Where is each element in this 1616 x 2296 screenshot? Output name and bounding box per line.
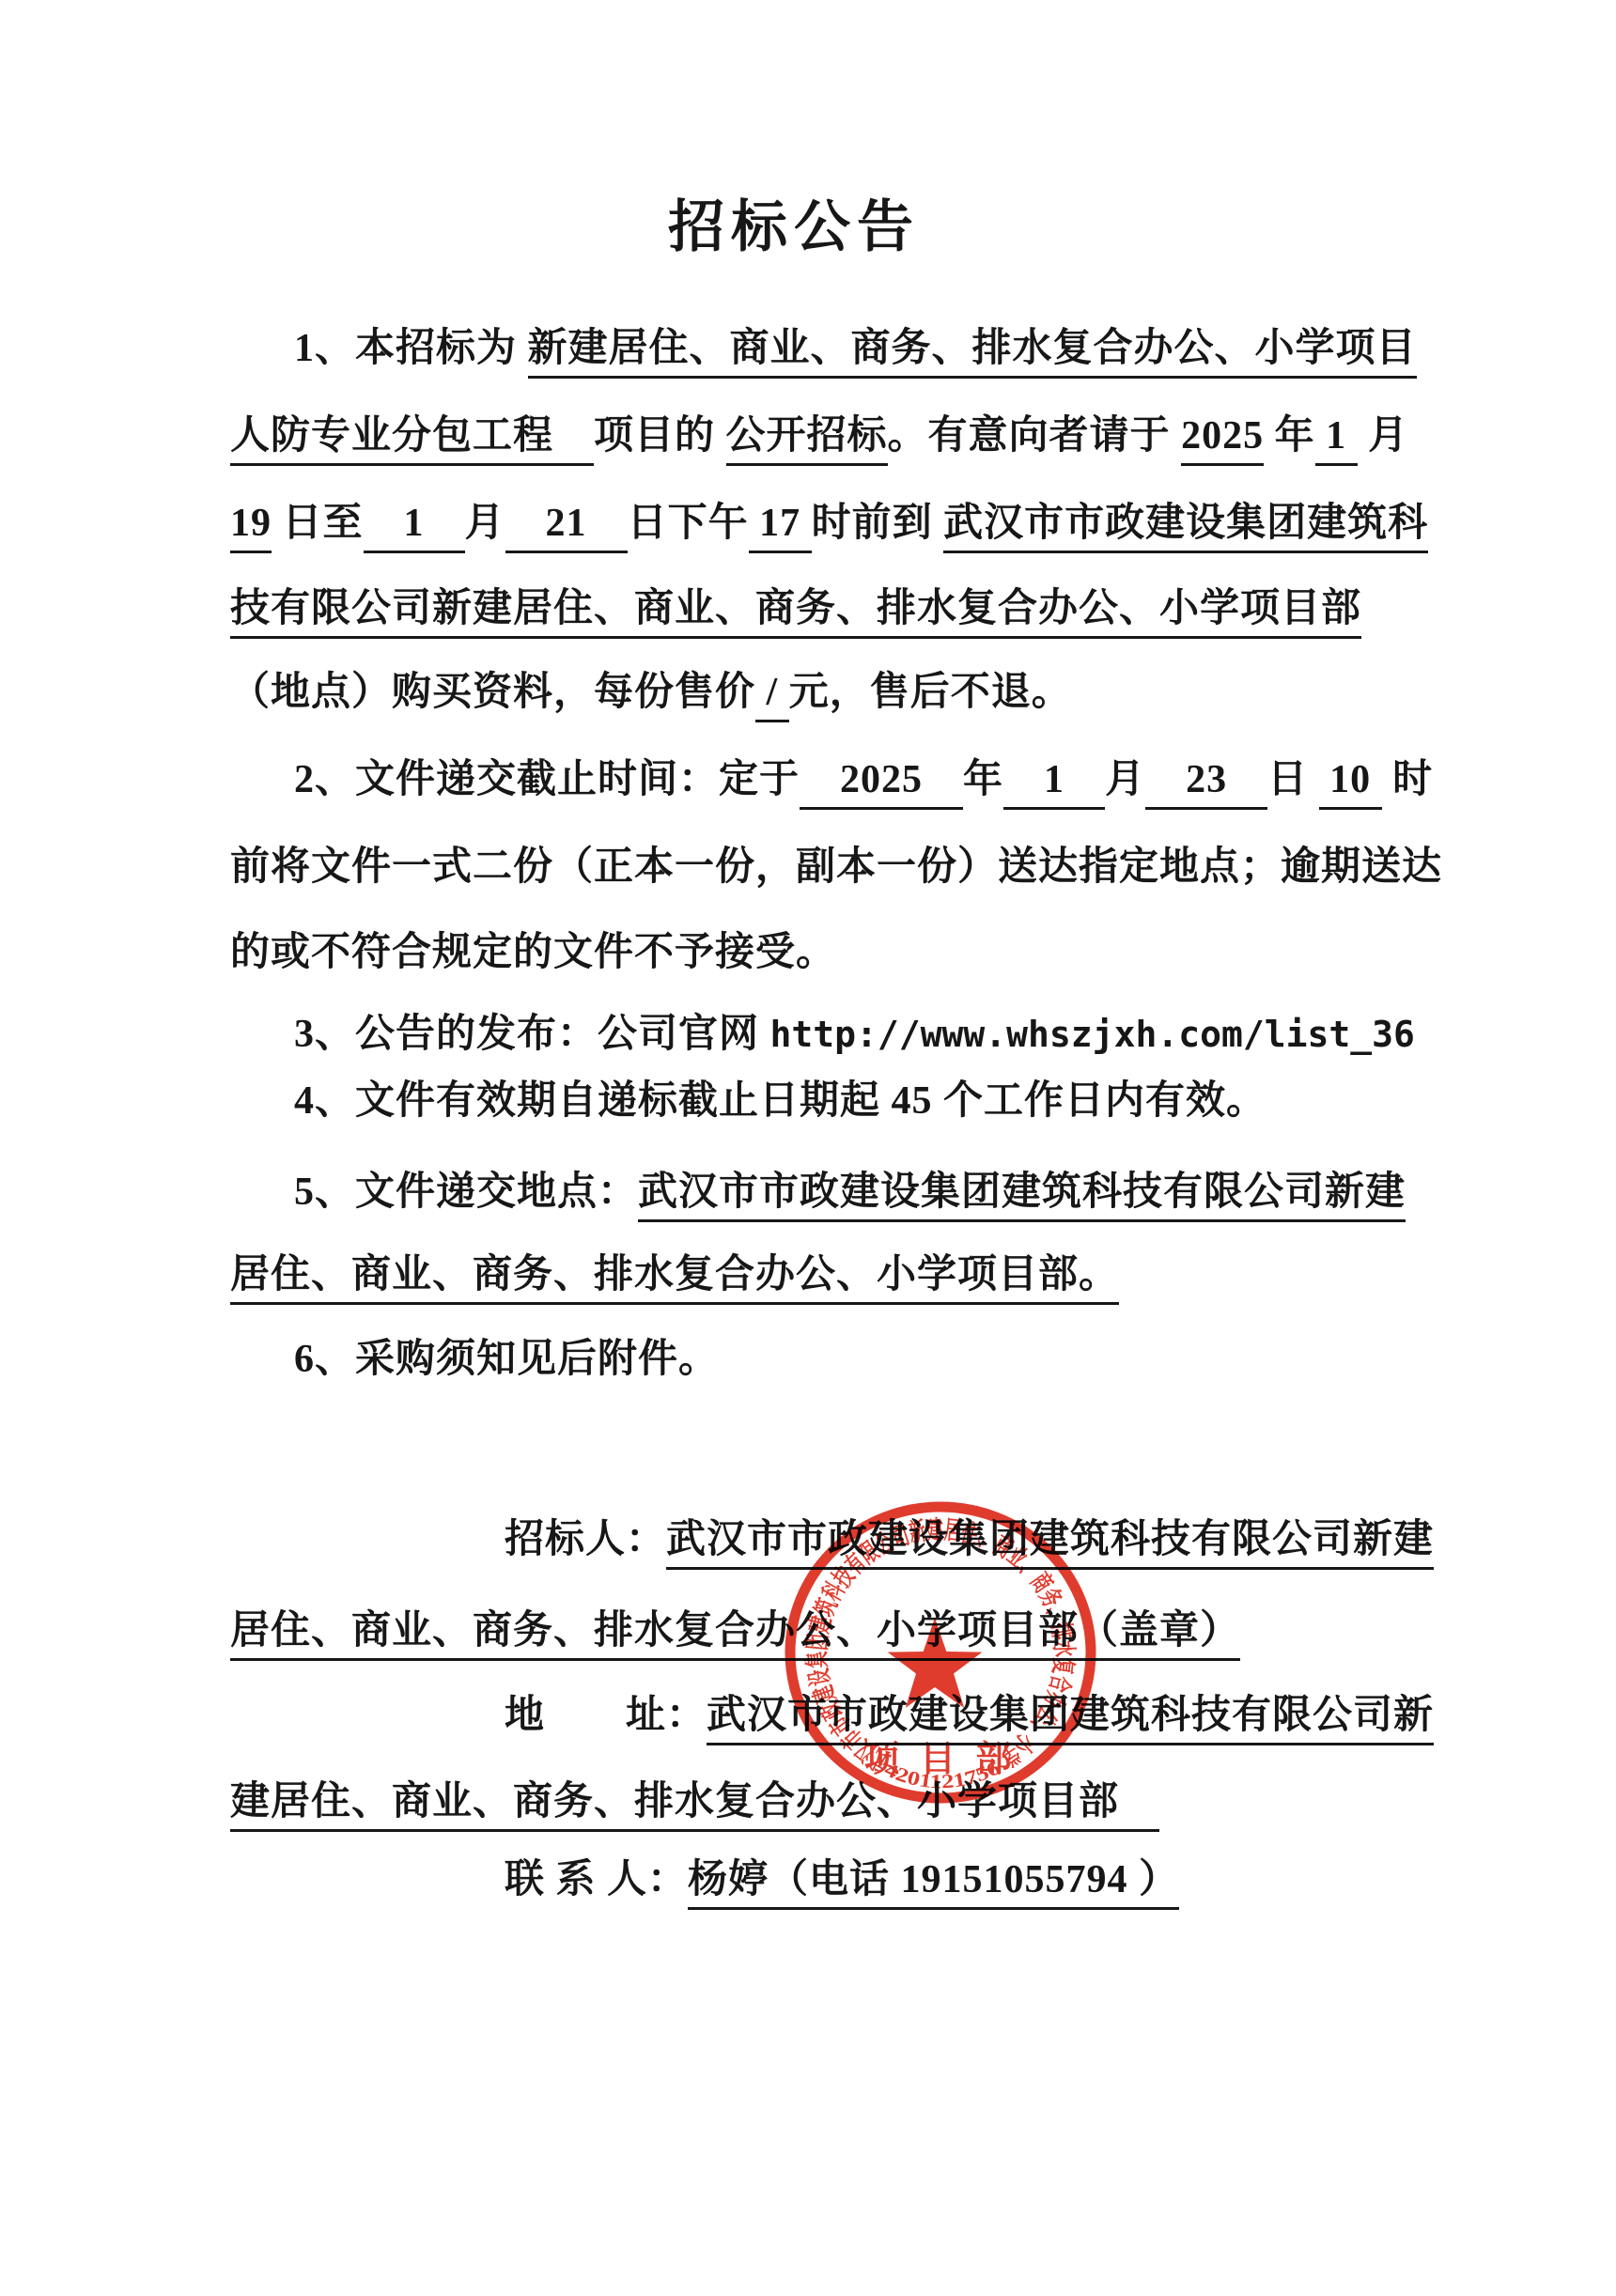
blank-filled-price: / — [755, 671, 789, 722]
seal-star-icon — [888, 1618, 983, 1708]
official-website-url: http://www.whszjxh.com/list_36 — [770, 1014, 1415, 1055]
p2-line3: 的或不符合规定的文件不予接受。 — [230, 930, 836, 975]
text-segment: 的或不符合规定的文件不予接受。 — [230, 931, 836, 974]
text-segment: 年 — [1264, 414, 1315, 458]
blank-filled-company: 武汉市市政建设集团建筑科 — [943, 502, 1428, 553]
p6-line1: 6、采购须知见后附件。 — [294, 1337, 719, 1382]
blank-filled-day2: 21 — [505, 502, 628, 553]
contact-label: 联 系 人： — [505, 1858, 688, 1901]
p5-line2: 居住、商业、商务、排水复合办公、小学项目部。 — [230, 1252, 1119, 1297]
text-segment: 日 — [1267, 758, 1319, 801]
scanned-document-page: 招标公告 1、本招标为 新建居住、商业、商务、排水复合办公、小学项目 人防专业分… — [0, 0, 1616, 2296]
p4-line1: 4、文件有效期自递标截止日期起 45 个工作日内有效。 — [294, 1078, 1266, 1124]
blank-filled-deadline-year: 2025 — [800, 758, 963, 810]
text-segment: 4、文件有效期自递标截止日期起 45 个工作日内有效。 — [294, 1079, 1266, 1123]
blank-filled-month: 1 — [1315, 414, 1358, 466]
text-segment: 2、文件递交截止时间：定于 — [294, 758, 800, 801]
blank-filled-delivery-place-cont: 居住、商业、商务、排水复合办公、小学项目部。 — [230, 1253, 1119, 1305]
address-label: 地 址： — [505, 1694, 707, 1737]
p1-line4: 技有限公司新建居住、商业、商务、排水复合办公、小学项目部 — [230, 586, 1361, 631]
official-seal: 武汉市市政建设集团建筑科技有限公司新建居住、商业、商务、排水复合办公、小学 项 … — [783, 1499, 1102, 1813]
p1-line5: （地点）购买资料，每份售价 / 元，售后不退。 — [230, 670, 1072, 715]
text-segment: 日至 — [272, 502, 364, 545]
text-segment: 年 — [963, 758, 1003, 801]
text-segment: 时前到 — [812, 502, 944, 545]
blank-filled-deadline-hour: 10 — [1319, 758, 1382, 810]
p2-line1: 2、文件递交截止时间：定于 2025 年 1 月 23 日 10 时 — [294, 757, 1433, 802]
text-segment: 月 — [1105, 758, 1145, 801]
p3-line1: 3、公告的发布：公司官网 http://www.whszjxh.com/list… — [294, 1012, 1415, 1057]
text-segment: （地点）购买资料，每份售价 — [230, 671, 755, 714]
text-segment: 6、采购须知见后附件。 — [294, 1338, 719, 1381]
blank-filled-day: 19 — [230, 502, 272, 553]
blank-filled-project-name-cont: 人防专业分包工程 — [230, 414, 594, 466]
p2-line2: 前将文件一式二份（正本一份，副本一份）送达指定地点；逾期送达 — [230, 845, 1442, 890]
text-segment: 。有意向者请于 — [888, 414, 1182, 458]
blank-filled-year: 2025 — [1181, 414, 1264, 466]
text-segment: 前将文件一式二份（正本一份，副本一份）送达指定地点；逾期送达 — [230, 845, 1442, 889]
blank-filled-hour: 17 — [749, 502, 812, 553]
text-segment: 3、公告的发布：公司官网 — [294, 1013, 770, 1056]
tenderer-label: 招标人： — [505, 1518, 666, 1561]
blank-filled-contact: 杨婷（电话 19151055794 ） — [688, 1858, 1179, 1910]
text-segment: 月 — [465, 502, 505, 545]
text-segment: 日下午 — [628, 502, 749, 545]
p1-line3: 19 日至 1 月 21 日下午 17 时前到 武汉市市政建设集团建筑科 — [230, 501, 1428, 546]
text-segment: 项目的 — [594, 414, 726, 458]
text-segment: 元，售后不退。 — [789, 671, 1072, 714]
text-segment: 时 — [1382, 758, 1434, 801]
text-segment: 1、本招标为 — [294, 327, 528, 370]
blank-filled-deadline-month: 1 — [1003, 758, 1105, 810]
contact-line: 联 系 人：杨婷（电话 19151055794 ） — [505, 1857, 1179, 1902]
text-segment: 5、文件递交地点： — [294, 1171, 638, 1214]
p1-line2: 人防专业分包工程 项目的 公开招标。有意向者请于 2025 年 1 月 — [230, 413, 1408, 458]
blank-filled-bid-type: 公开招标 — [726, 414, 888, 466]
text-segment: 月 — [1358, 414, 1409, 458]
p5-line1: 5、文件递交地点：武汉市市政建设集团建筑科技有限公司新建 — [294, 1170, 1406, 1215]
blank-filled-project-name: 新建居住、商业、商务、排水复合办公、小学项目 — [528, 327, 1417, 379]
blank-filled-company-cont: 技有限公司新建居住、商业、商务、排水复合办公、小学项目部 — [230, 587, 1361, 639]
blank-filled-month2: 1 — [364, 502, 465, 553]
blank-filled-delivery-place: 武汉市市政建设集团建筑科技有限公司新建 — [638, 1171, 1406, 1222]
p1-line1: 1、本招标为 新建居住、商业、商务、排水复合办公、小学项目 — [294, 326, 1417, 371]
blank-filled-deadline-day: 23 — [1145, 758, 1267, 810]
page-title: 招标公告 — [0, 182, 1588, 263]
